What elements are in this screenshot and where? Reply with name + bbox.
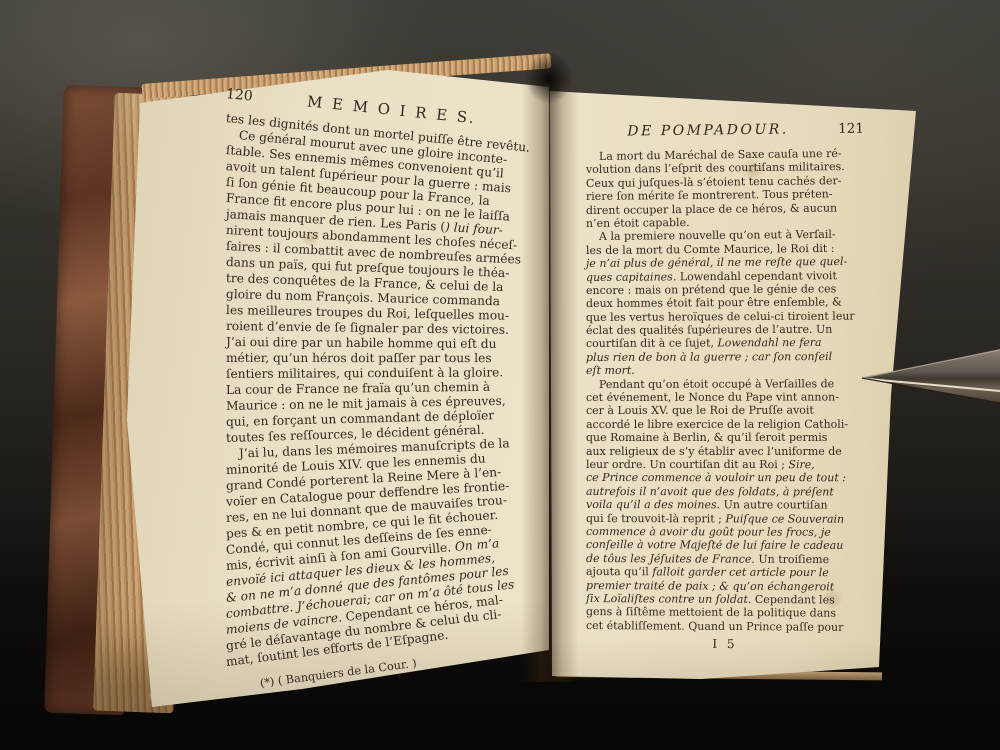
book-photograph: 120 M E M O I R E S. tes les dignités do… bbox=[0, 0, 1000, 750]
right-page-body: La mort du Maréchal de Saxe cauſa une ré… bbox=[586, 150, 864, 632]
text-line: commence à avoir du goût pour les frocs,… bbox=[586, 525, 864, 539]
text-line: ce Prince commence à vouloir un peu de t… bbox=[586, 471, 864, 485]
text-line: qui ſe trouvoit-là reprit ; Puiſque ce S… bbox=[586, 512, 864, 526]
right-page-text: DE POMPADOUR. 121 La mort du Maréchal de… bbox=[586, 124, 864, 651]
text-line: premier traité de paix ; & qu’on échange… bbox=[586, 579, 864, 594]
gutter-top-shadow bbox=[525, 52, 573, 104]
left-page-text: 120 M E M O I R E S. tes les dignités do… bbox=[226, 84, 532, 690]
text-line: leur ordre. Un courtiſan dit au Roi ; Si… bbox=[586, 458, 864, 471]
text-line: cet événement, le Nonce du Pape vint ann… bbox=[586, 390, 864, 404]
text-line: deux hommes étoit fait pour être enſembl… bbox=[586, 296, 864, 311]
right-page-header: DE POMPADOUR. 121 bbox=[586, 121, 864, 146]
text-line: voila qu’il a des moines. Un autre court… bbox=[586, 498, 864, 512]
text-line: autrefois il n’avoit que des ſoldats, à … bbox=[586, 485, 864, 499]
left-page-number: 120 bbox=[225, 86, 253, 105]
text-line: eſt mort. bbox=[586, 363, 864, 377]
text-line: de tôus les Jéſuites de France. Un troiſ… bbox=[586, 552, 864, 567]
text-line: cer à Louis XV. que le Roi de Pruſſe avo… bbox=[586, 404, 864, 418]
text-line: je n’ai plus de général, il ne me reſte … bbox=[586, 255, 864, 271]
text-line: Pendant qu’on étoit occupé à Verſailles … bbox=[586, 377, 864, 391]
right-page-number: 121 bbox=[838, 121, 864, 137]
signature-mark: I 5 bbox=[586, 636, 864, 652]
right-page-running-title: DE POMPADOUR. bbox=[586, 121, 830, 140]
text-line: courtiſan dit à ce ſujet, Lowendahl ne f… bbox=[586, 336, 864, 351]
text-line: conſeille à votre Majeſté de lui faire l… bbox=[586, 538, 864, 552]
left-page-body: tes les dignités dont un mortel puiſſe ê… bbox=[226, 110, 532, 670]
text-line: aux religieux de s’y établir avec l’unif… bbox=[586, 445, 864, 458]
text-line: ajouta qu’il falloit garder cet article … bbox=[586, 565, 864, 580]
text-line: cet établiſſement. Quand un Prince paſſe… bbox=[586, 619, 864, 634]
text-line: gens à ſiſtême mettoient de la politique… bbox=[586, 605, 864, 620]
text-line: accordé le libre exercice de la religion… bbox=[586, 417, 864, 431]
text-line: que Romaine à Berlin, & qu’il ſeroit per… bbox=[586, 431, 864, 445]
text-line: plus rien de bon à la guerre ; car ſon c… bbox=[586, 350, 864, 365]
